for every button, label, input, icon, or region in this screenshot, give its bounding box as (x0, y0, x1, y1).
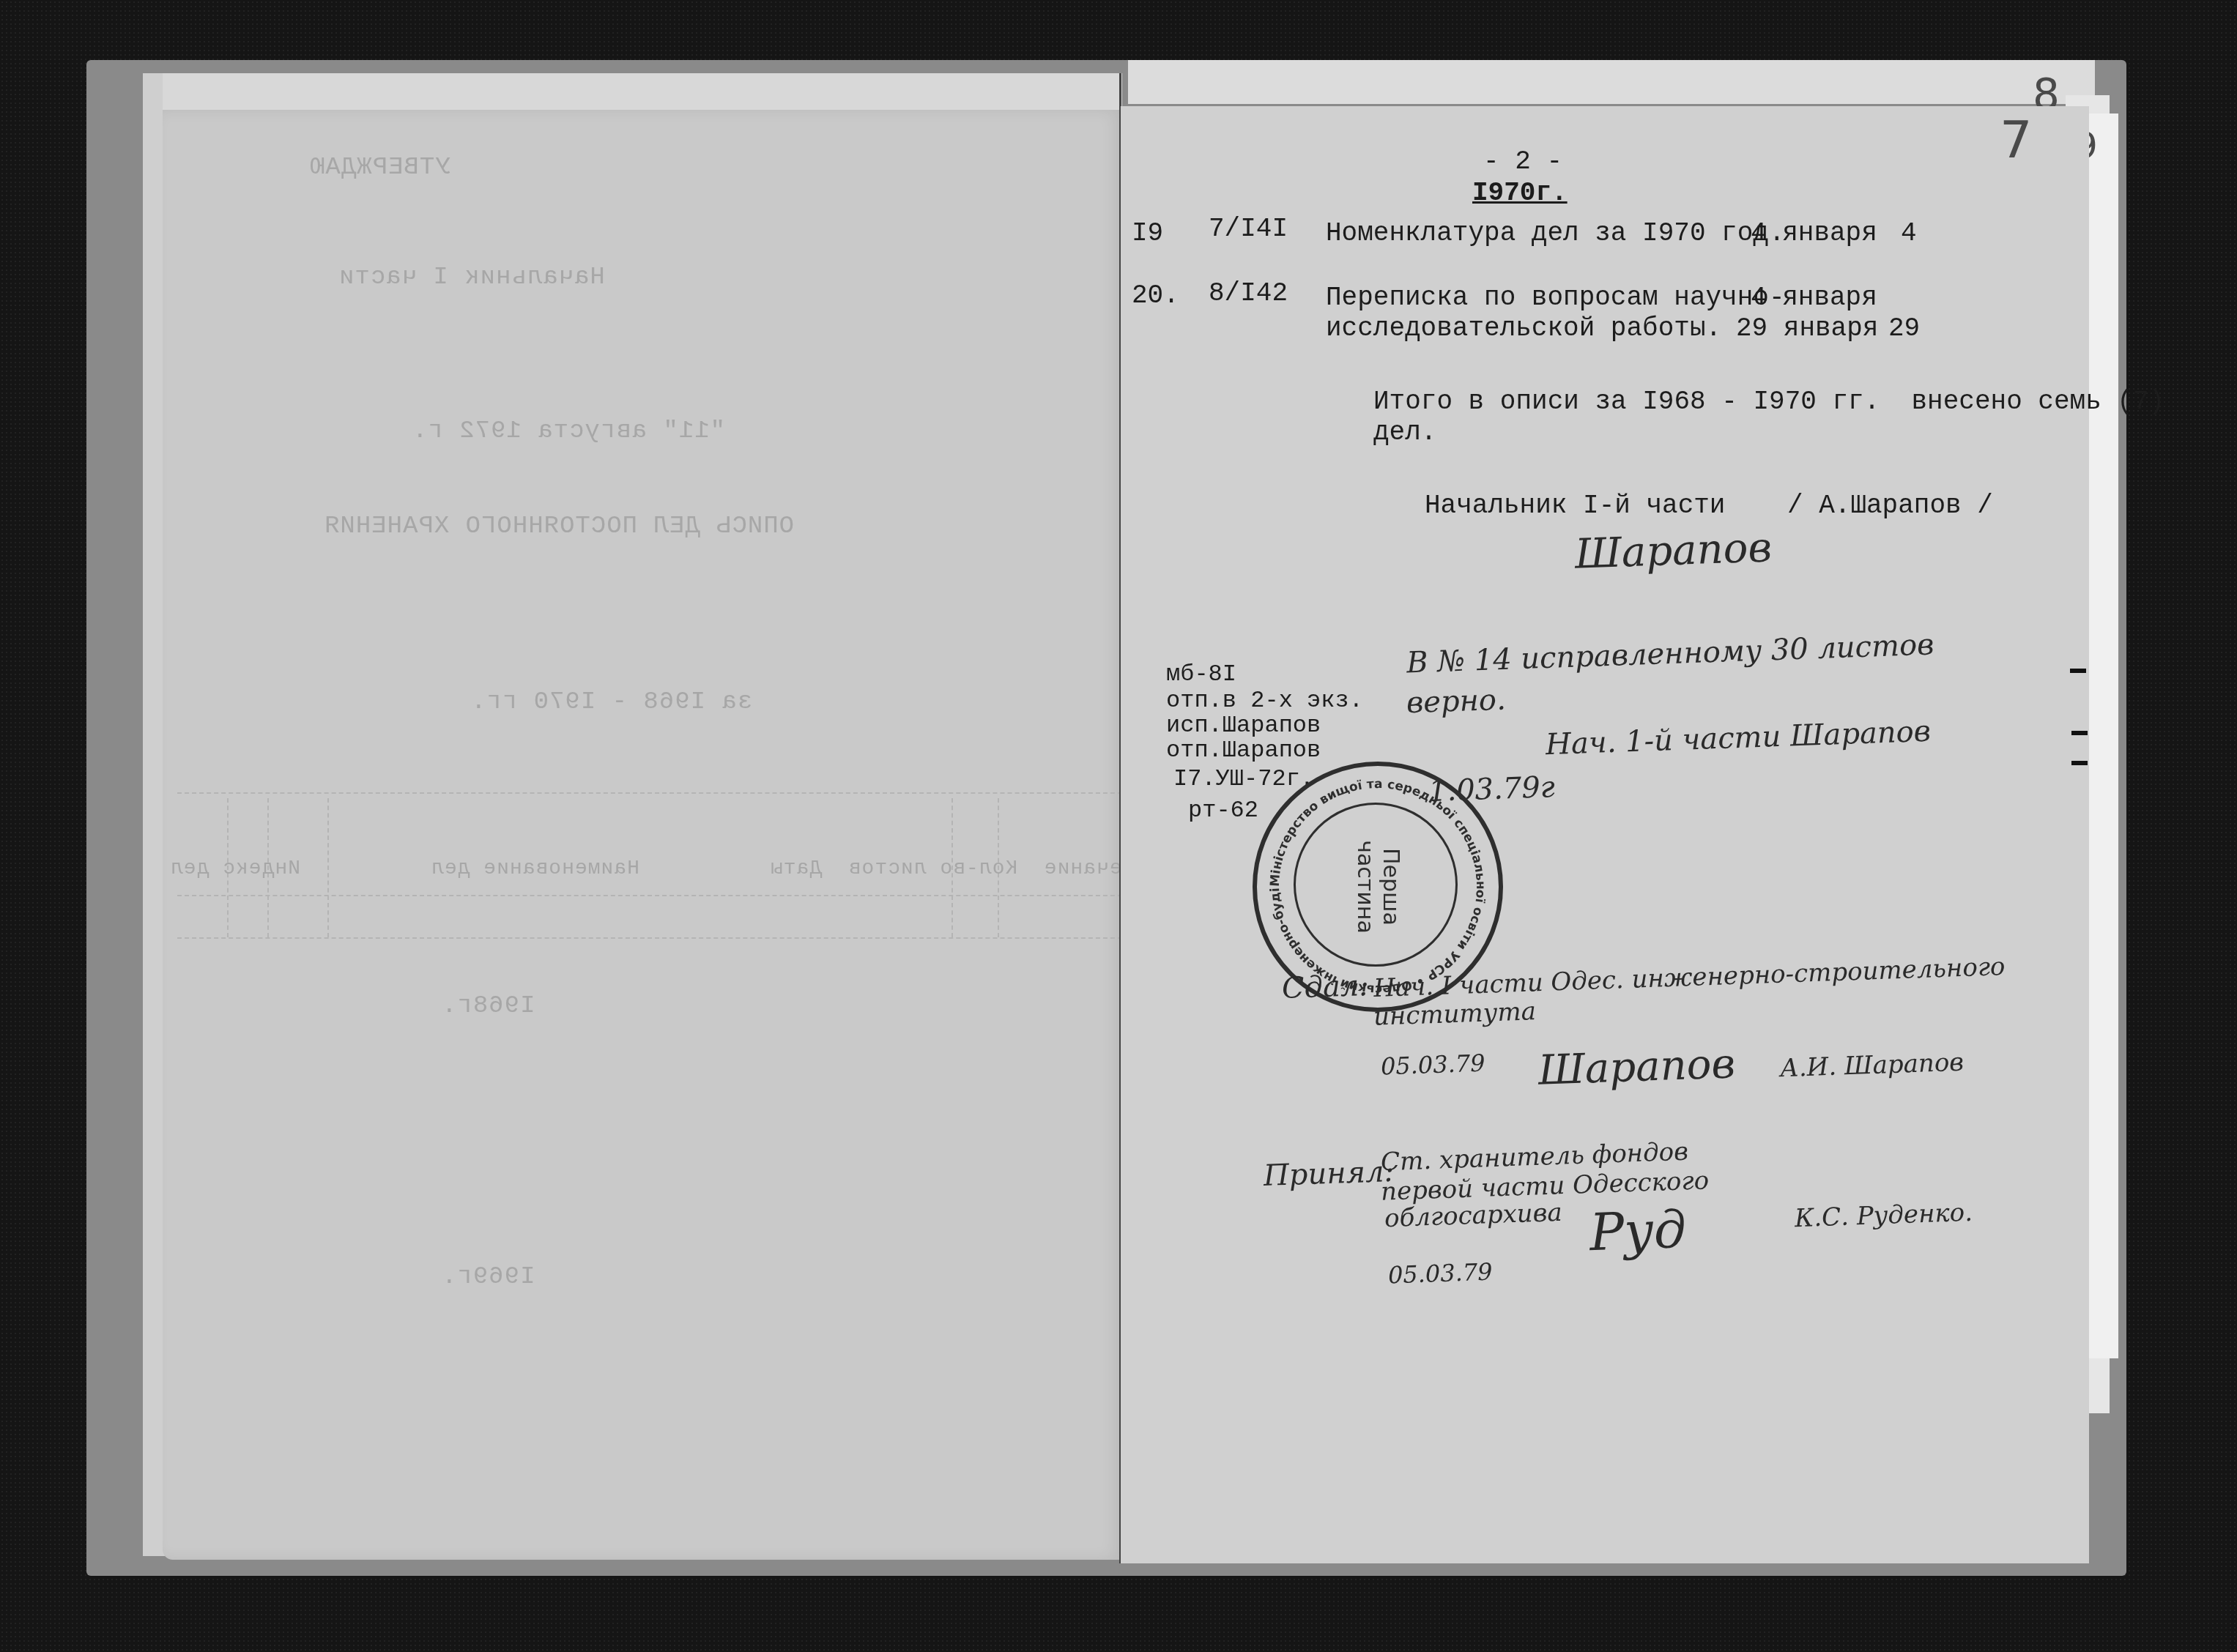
entry-date-start: 4 января (1751, 283, 1877, 313)
bleed-year-2: I969г. (441, 1263, 535, 1291)
summary-line-cont: дел. (1373, 417, 1436, 447)
margin-mark (2070, 669, 2086, 673)
received-text-cont: облгосархива (1384, 1198, 1562, 1233)
entry-index: 8/I42 (1209, 278, 1288, 308)
bleed-col-3: Наименование дел (431, 857, 639, 880)
entry-number: I9 (1132, 218, 1163, 248)
page-number: - 2 - (1483, 146, 1562, 176)
signatory-name: / А.Шарапов / (1787, 491, 1993, 521)
bleed-table-top-rule (177, 792, 1122, 794)
entry-index: 7/I4I (1209, 214, 1288, 244)
entry-title-cont: исследовательской работы. (1326, 313, 1721, 343)
typist-note: отп.Шарапов (1166, 737, 1321, 764)
bleed-col-4: Даты (770, 857, 822, 880)
margin-mark (2071, 761, 2088, 765)
bleed-title-1: ОПИСЬ ДЕЛ ПОСТОЯННОГО ХРАНЕНИЯ (324, 513, 794, 540)
typist-note: отп.в 2-х экз. (1166, 687, 1363, 714)
received-name: К.С. Руденко. (1794, 1198, 1973, 1233)
bleed-header-1: УТВЕРЖДАЮ (309, 154, 450, 182)
received-label: Принял: (1263, 1155, 1395, 1193)
typist-note: мб-8I (1166, 661, 1236, 688)
entry-number: 20. (1132, 280, 1179, 310)
signature: Шарапов (1574, 524, 1773, 578)
left-page-top-edge (163, 73, 1122, 110)
folio-number: 7 (2000, 110, 2033, 170)
entry-pages: 29 (1888, 313, 1920, 343)
bleed-header-2: Начальник I части (338, 264, 605, 291)
entry-date: 4 января (1751, 218, 1877, 248)
bleed-col-2: Индекс дел (170, 857, 300, 880)
typist-note: исп.Шарапов (1166, 712, 1321, 739)
gave-label: Сдал: (1281, 969, 1369, 1005)
received-signature: Руд (1589, 1199, 1688, 1263)
typist-note: рт-62 (1188, 797, 1258, 824)
bleed-table-headers: Примечание Кол-во листов Даты Наименован… (170, 835, 1226, 903)
stamp-center-line: частина (1352, 840, 1378, 934)
entry-title: Номенклатура дел за I970 год. (1326, 218, 1785, 248)
bleed-header-3: "11" августа 1972 г. (412, 417, 725, 445)
stamp-center-line: Перша (1378, 848, 1403, 926)
left-page: УТВЕРЖДАЮ Начальник I части "11" августа… (163, 110, 1122, 1560)
gave-date: 05.03.79 (1380, 1049, 1485, 1081)
note-line: верно. (1406, 683, 1506, 721)
entry-date-end: 29 января (1736, 313, 1878, 343)
signatory-title: Начальник I-й части (1425, 491, 1725, 521)
bleed-year-1: I968г. (441, 992, 535, 1020)
entry-pages: 4 (1901, 218, 1917, 248)
entry-title: Переписка по вопросам научно- (1326, 283, 1785, 313)
gave-text-cont: института (1373, 997, 1536, 1032)
margin-mark (2071, 731, 2088, 735)
gave-signature: Шарапов (1537, 1040, 1736, 1094)
bleed-col-5: Кол-во листов (848, 857, 1017, 880)
year-heading: I970г. (1472, 178, 1568, 208)
bleed-table-bottom-rule (177, 937, 1122, 939)
right-page-top-edge (1128, 60, 2095, 104)
summary-line: Итого в описи за I968 - I970 гг. внесено… (1373, 387, 2164, 417)
received-date: 05.03.79 (1387, 1258, 1493, 1290)
bleed-title-2: за I968 - I970 гг. (470, 688, 752, 716)
